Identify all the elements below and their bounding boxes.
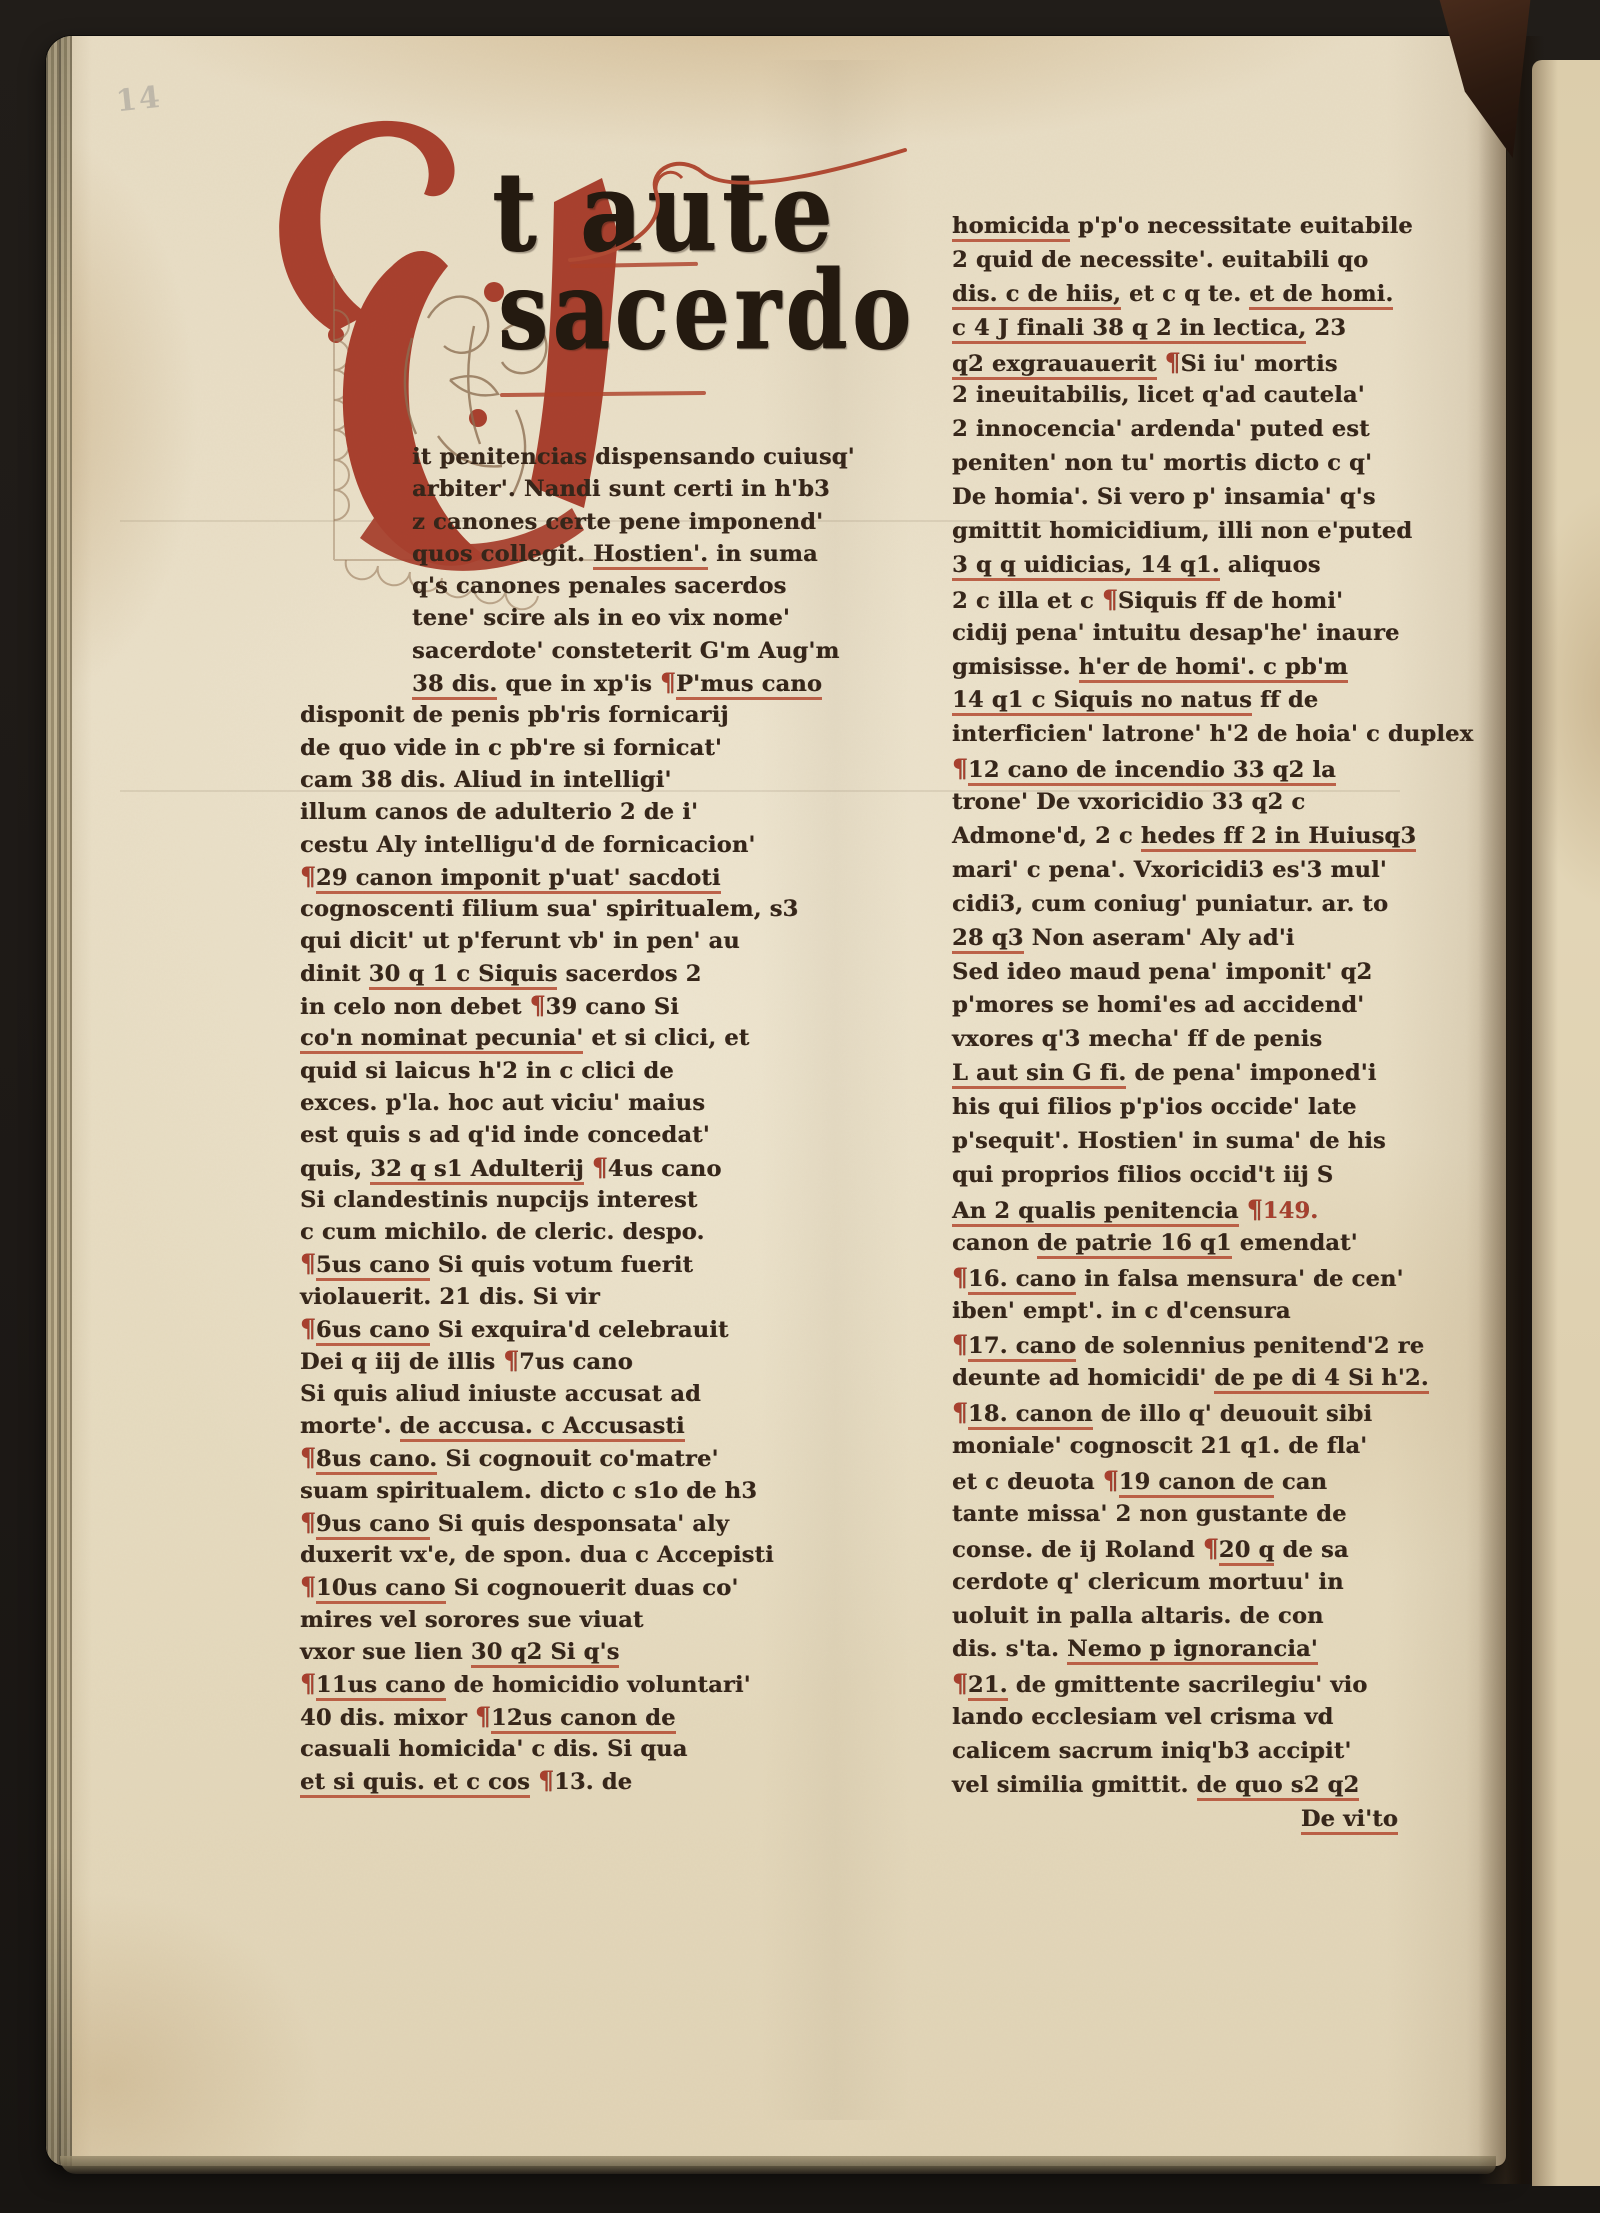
- text-line: mires vel sorores sue viuat: [300, 1604, 712, 1636]
- text-line: ¶17. cano de solennius penitend'2 re: [952, 1328, 1404, 1362]
- text-line: et si quis. et c cos ¶13. de: [300, 1765, 712, 1797]
- text-line: violauerit. 21 dis. Si vir: [300, 1281, 712, 1313]
- rubric-pilcrow-icon: ¶: [300, 1249, 316, 1278]
- text-line: c cum michilo. de cleric. despo.: [300, 1216, 712, 1248]
- text-line: 2 c illa et c ¶Siquis ff de homi': [952, 583, 1404, 617]
- text-line: 2 ineuitabilis, licet q'ad cautela': [952, 379, 1404, 413]
- text-line: canon de patrie 16 q1 emendat': [952, 1227, 1404, 1261]
- text-column-right: homicida p'p'o necessitate euitabile2 qu…: [952, 210, 1404, 1837]
- text-line: An 2 qualis penitencia ¶149.: [952, 1193, 1404, 1227]
- text-line: conse. de ij Roland ¶20 q de sa: [952, 1532, 1404, 1566]
- text-line: et c deuota ¶19 canon de can: [952, 1464, 1404, 1498]
- text-line: ¶8us cano. Si cognouit co'matre': [300, 1442, 712, 1474]
- text-line: Si clandestinis nupcijs interest: [300, 1184, 712, 1216]
- text-line: z canones certe pene imponend': [300, 506, 712, 538]
- rubric-pilcrow-icon: ¶: [300, 1314, 316, 1343]
- text-column-left: it penitencias dispensando cuiusq'arbite…: [300, 441, 712, 1797]
- text-line: ¶18. canon de illo q' deuouit sibi: [952, 1396, 1404, 1430]
- text-line: vxor sue lien 30 q2 Si q's: [300, 1636, 712, 1668]
- text-line: cidi3, cum coniug' puniatur. ar. to: [952, 888, 1404, 922]
- text-line: dis. c de hiis, et c q te. et de homi.: [952, 278, 1404, 312]
- text-line: cognoscenti filium sua' spiritualem, s3: [300, 893, 712, 925]
- text-line: duxerit vx'e, de spon. dua c Accepisti: [300, 1539, 712, 1571]
- text-line: 2 quid de necessite'. euitabili qo: [952, 244, 1404, 278]
- text-line: quos collegit. Hostien'. in suma: [300, 538, 712, 570]
- text-line: dis. s'ta. Nemo p ignorancia': [952, 1633, 1404, 1667]
- text-line: qui dicit' ut p'ferunt vb' in pen' au: [300, 925, 712, 957]
- text-line: ¶21. de gmittente sacrilegiu' vio: [952, 1667, 1404, 1701]
- rubric-pilcrow-icon: ¶: [475, 1702, 491, 1731]
- text-line: Admone'd, 2 c hedes ff 2 in Huiusq3: [952, 820, 1404, 854]
- text-line: cestu Aly intelligu'd de fornicacion': [300, 829, 712, 861]
- text-line: deunte ad homicidi' de pe di 4 Si h'2.: [952, 1362, 1404, 1396]
- text-line: Si quis aliud iniuste accusat ad: [300, 1378, 712, 1410]
- text-line: cam 38 dis. Aliud in intelligi': [300, 764, 712, 796]
- text-line: gmittit homicidium, illi non e'puted: [952, 515, 1404, 549]
- rubric-pilcrow-icon: ¶: [300, 862, 316, 891]
- text-line: ¶6us cano Si exquira'd celebrauit: [300, 1313, 712, 1345]
- rubric-pilcrow-icon: ¶: [952, 1330, 968, 1359]
- text-line: quid si laicus h'2 in c clici de: [300, 1055, 712, 1087]
- rubric-pilcrow-icon: ¶: [660, 668, 676, 697]
- text-line: mari' c pena'. Vxoricidi3 es'3 mul': [952, 854, 1404, 888]
- text-line: de quo vide in c pb're si fornicat': [300, 732, 712, 764]
- rubric-pilcrow-icon: ¶: [1165, 348, 1181, 377]
- text-line: in celo non debet ¶39 cano Si: [300, 990, 712, 1022]
- text-line: q's canones penales sacerdos: [300, 570, 712, 602]
- text-line: ¶5us cano Si quis votum fuerit: [300, 1248, 712, 1280]
- text-line: ¶12 cano de incendio 33 q2 la: [952, 752, 1404, 786]
- rubric-pilcrow-icon: ¶: [952, 1398, 968, 1427]
- catchword-line: De vi'to: [952, 1803, 1404, 1837]
- text-line: c 4 J finali 38 q 2 in lectica, 23: [952, 312, 1404, 346]
- text-line: gmisisse. h'er de homi'. c pb'm: [952, 651, 1404, 685]
- text-line: Dei q iij de illis ¶7us cano: [300, 1345, 712, 1377]
- rubric-pilcrow-icon: ¶: [530, 991, 546, 1020]
- text-line: homicida p'p'o necessitate euitabile: [952, 210, 1404, 244]
- text-line: tene' scire als in eo vix nome': [300, 602, 712, 634]
- rubric-pilcrow-icon: ¶: [1103, 1466, 1119, 1495]
- text-line: De homia'. Si vero p' insamia' q's: [952, 481, 1404, 515]
- text-line: qui proprios filios occid't iij S: [952, 1159, 1404, 1193]
- text-line: exces. p'la. hoc aut viciu' maius: [300, 1087, 712, 1119]
- text-line: vxores q'3 mecha' ff de penis: [952, 1023, 1404, 1057]
- rubric-pilcrow-icon: ¶: [300, 1508, 316, 1537]
- text-line: uoluit in palla altaris. de con: [952, 1600, 1404, 1634]
- text-line: est quis s ad q'id inde concedat': [300, 1119, 712, 1151]
- text-line: dinit 30 q 1 c Siquis sacerdos 2: [300, 958, 712, 990]
- text-line: calicem sacrum iniq'b3 accipit': [952, 1735, 1404, 1769]
- text-line: 2 innocencia' ardenda' puted est: [952, 413, 1404, 447]
- text-line: 14 q1 c Siquis no natus ff de: [952, 684, 1404, 718]
- stacked-page-edges: [46, 36, 72, 2166]
- text-line: suam spiritualem. dicto c s1o de h3: [300, 1475, 712, 1507]
- text-line: moniale' cognoscit 21 q1. de fla': [952, 1430, 1404, 1464]
- text-line: trone' De vxoricidio 33 q2 c: [952, 786, 1404, 820]
- text-line: illum canos de adulterio 2 de i': [300, 796, 712, 828]
- text-line: morte'. de accusa. c Accusasti: [300, 1410, 712, 1442]
- text-line: ¶16. cano in falsa mensura' de cen': [952, 1261, 1404, 1295]
- text-line: cerdote q' clericum mortuu' in: [952, 1566, 1404, 1600]
- text-line: L aut sin G fi. de pena' imponed'i: [952, 1057, 1404, 1091]
- facing-page-edge: [1532, 60, 1600, 2186]
- text-line: casuali homicida' c dis. Si qua: [300, 1733, 712, 1765]
- text-line: arbiter'. Nandi sunt certi in h'b3: [300, 473, 712, 505]
- text-line: cidij pena' intuitu desap'he' inaure: [952, 617, 1404, 651]
- manuscript-photo: 14 t aute sacerdo: [0, 0, 1600, 2213]
- text-line: 40 dis. mixor ¶12us canon de: [300, 1701, 712, 1733]
- text-line: interficien' latrone' h'2 de hoia' c dup…: [952, 718, 1404, 752]
- heading-line-2: sacerdo: [498, 246, 916, 373]
- rubric-pilcrow-icon: ¶: [952, 1669, 968, 1698]
- rubric-pilcrow-icon: ¶: [952, 754, 968, 783]
- text-line: vel similia gmittit. de quo s2 q2: [952, 1769, 1404, 1803]
- text-line: lando ecclesiam vel crisma vd: [952, 1701, 1404, 1735]
- text-line: ¶9us cano Si quis desponsata' aly: [300, 1507, 712, 1539]
- text-line: 3 q q uidicias, 14 q1. aliquos: [952, 549, 1404, 583]
- rubric-pilcrow-icon: ¶: [300, 1572, 316, 1601]
- rubric-pilcrow-icon: ¶: [1102, 585, 1118, 614]
- text-line: tante missa' 2 non gustante de: [952, 1498, 1404, 1532]
- text-line: ¶10us cano Si cognouerit duas co': [300, 1571, 712, 1603]
- text-line: q2 exgrauauerit ¶Si iu' mortis: [952, 346, 1404, 380]
- rubric-pilcrow-icon: ¶: [952, 1263, 968, 1292]
- text-line: Sed ideo maud pena' imponit' q2: [952, 956, 1404, 990]
- text-line: p'sequit'. Hostien' in suma' de his: [952, 1125, 1404, 1159]
- text-line: quis, 32 q s1 Adulterij ¶4us cano: [300, 1152, 712, 1184]
- bottom-page-edge: [60, 2156, 1496, 2174]
- text-line: it penitencias dispensando cuiusq': [300, 441, 712, 473]
- rubric-pilcrow-icon: ¶: [300, 1443, 316, 1472]
- text-line: ¶29 canon imponit p'uat' sacdoti: [300, 861, 712, 893]
- text-line: peniten' non tu' mortis dicto c q': [952, 447, 1404, 481]
- rubric-pilcrow-icon: ¶: [300, 1669, 316, 1698]
- text-line: sacerdote' consteterit G'm Aug'm: [300, 635, 712, 667]
- rubric-pilcrow-icon: ¶: [1203, 1534, 1219, 1563]
- text-line: his qui filios p'p'ios occide' late: [952, 1091, 1404, 1125]
- rubric-pilcrow-icon: ¶: [592, 1153, 608, 1182]
- text-line: co'n nominat pecunia' et si clici, et: [300, 1022, 712, 1054]
- text-line: 38 dis. que in xp'is ¶P'mus cano: [300, 667, 712, 699]
- text-line: p'mores se homi'es ad accidend': [952, 989, 1404, 1023]
- text-line: 28 q3 Non aseram' Aly ad'i: [952, 922, 1404, 956]
- rubric-pilcrow-icon: ¶: [538, 1766, 554, 1795]
- text-line: disponit de penis pb'ris fornicarij: [300, 699, 712, 731]
- text-line: iben' empt'. in c d'censura: [952, 1295, 1404, 1329]
- rubric-pilcrow-icon: ¶: [1247, 1195, 1263, 1224]
- text-line: ¶11us cano de homicidio voluntari': [300, 1668, 712, 1700]
- pencil-folio-number: 14: [114, 80, 163, 120]
- rubric-pilcrow-icon: ¶: [503, 1346, 519, 1375]
